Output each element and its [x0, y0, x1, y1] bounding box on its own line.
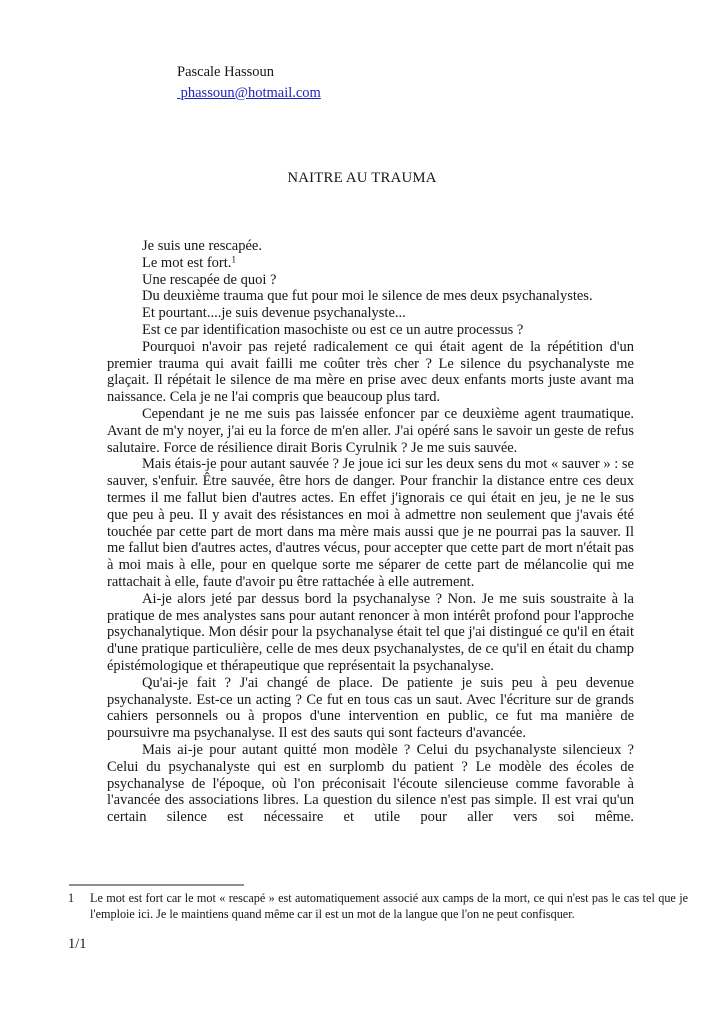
paragraph-4: Ai-je alors jeté par dessus bord la psyc…	[107, 591, 634, 675]
paragraph-2: Cependant je ne me suis pas laissée enfo…	[107, 406, 634, 456]
email-line: phassoun@hotmail.com	[177, 83, 321, 104]
opening-line-text: Et pourtant....je suis devenue psychanal…	[142, 305, 406, 321]
opening-line-text: Une rescapée de quoi ?	[142, 272, 276, 288]
page-number: 1/1	[68, 936, 87, 953]
opening-line-text: Est ce par identification masochiste ou …	[142, 322, 523, 338]
opening-line-2: Le mot est fort.1	[107, 255, 634, 272]
doc-title: NAITRE AU TRAUMA	[0, 170, 724, 187]
opening-line-3: Une rescapée de quoi ?	[107, 272, 634, 289]
doc-header: Pascale Hassoun phassoun@hotmail.com	[177, 62, 321, 104]
opening-line-6: Est ce par identification masochiste ou …	[107, 322, 634, 339]
opening-line-text: Je suis une rescapée.	[142, 238, 262, 254]
paragraph-3: Mais étais-je pour autant sauvée ? Je jo…	[107, 456, 634, 590]
paragraph-6: Mais ai-je pour autant quitté mon modèle…	[107, 742, 634, 826]
footnote-number: 1	[68, 891, 90, 923]
paragraph-5: Qu'ai-je fait ? J'ai changé de place. De…	[107, 675, 634, 742]
footnote: 1 Le mot est fort car le mot « rescapé »…	[68, 891, 688, 923]
paragraph-1: Pourquoi n'avoir pas rejeté radicalement…	[107, 339, 634, 406]
footnote-ref-marker: 1	[231, 255, 236, 265]
opening-line-text: Le mot est fort.	[142, 255, 231, 271]
opening-line-4: Du deuxième trauma que fut pour moi le s…	[107, 288, 634, 305]
document-body: Je suis une rescapée. Le mot est fort.1 …	[107, 238, 634, 826]
footnote-text: Le mot est fort car le mot « rescapé » e…	[90, 891, 688, 923]
opening-line-text: Du deuxième trauma que fut pour moi le s…	[142, 288, 593, 304]
email-link[interactable]: phassoun@hotmail.com	[177, 85, 321, 101]
opening-line-1: Je suis une rescapée.	[107, 238, 634, 255]
author-name: Pascale Hassoun	[177, 62, 321, 83]
document-page: Pascale Hassoun phassoun@hotmail.com NAI…	[0, 0, 724, 1024]
opening-line-5: Et pourtant....je suis devenue psychanal…	[107, 305, 634, 322]
footnote-separator	[69, 884, 244, 886]
